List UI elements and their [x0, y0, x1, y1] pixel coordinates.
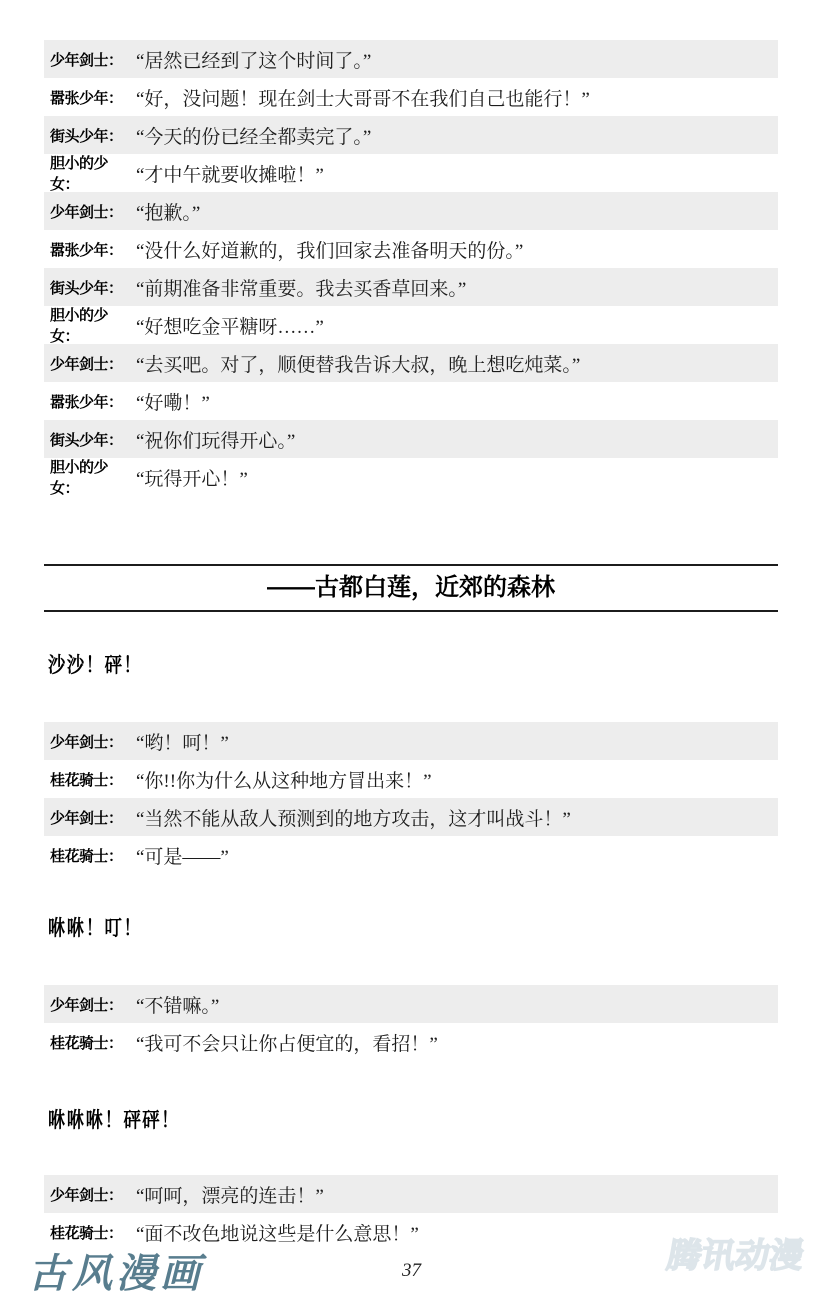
dialogue-text: “玩得开心！”: [136, 464, 248, 491]
speaker-label: 胆小的少女：: [50, 304, 136, 346]
speaker-label: 街头少年：: [50, 125, 136, 146]
dialogue-text: “哟！呵！”: [136, 728, 229, 755]
dialogue-text: “我可不会只让你占便宜的，看招！”: [136, 1029, 438, 1056]
speaker-label: 少年剑士：: [50, 731, 136, 752]
dialogue-text: “好，没问题！现在剑士大哥哥不在我们自己也能行！”: [136, 84, 590, 111]
dialogue-row: 胆小的少女： “玩得开心！”: [44, 458, 778, 496]
watermark-logo: 腾讯动漫: [664, 1228, 809, 1277]
speaker-label: 街头少年：: [50, 429, 136, 450]
dialogue-row: 少年剑士： “呵呵，漂亮的连击！”: [44, 1175, 778, 1213]
dialogue-text: “好嘞！”: [136, 388, 210, 415]
dialogue-row: 少年剑士： “居然已经到了这个时间了。”: [44, 40, 778, 78]
speaker-label: 少年剑士：: [50, 1184, 136, 1205]
speaker-label: 胆小的少女：: [50, 152, 136, 194]
dialogue-text: “好想吃金平糖呀……”: [136, 312, 324, 339]
dialogue-text: “居然已经到了这个时间了。”: [136, 46, 371, 73]
brand-logo-text: 古风漫画: [28, 1242, 204, 1291]
speaker-label: 桂花骑士：: [50, 769, 136, 790]
dialogue-text: “可是——”: [136, 842, 229, 869]
dialogue-row: 少年剑士： “抱歉。”: [44, 192, 778, 230]
dialogue-row: 桂花骑士： “我可不会只让你占便宜的，看招！”: [44, 1023, 778, 1061]
dialogue-text: “呵呵，漂亮的连击！”: [136, 1181, 324, 1208]
speaker-label: 少年剑士：: [50, 807, 136, 828]
dialogue-row: 街头少年： “祝你们玩得开心。”: [44, 420, 778, 458]
dialogue-row: 桂花骑士： “你!!你为什么从这种地方冒出来！”: [44, 760, 778, 798]
dialogue-row: 胆小的少女： “才中午就要收摊啦！”: [44, 154, 778, 192]
dialogue-row: 胆小的少女： “好想吃金平糖呀……”: [44, 306, 778, 344]
section-title: ——古都白莲，近郊的森林: [44, 566, 778, 610]
dialogue-row: 桂花骑士： “可是——”: [44, 836, 778, 874]
speaker-label: 嚣张少年：: [50, 87, 136, 108]
dialogue-text: “去买吧。对了，顺便替我告诉大叔，晚上想吃炖菜。”: [136, 350, 580, 377]
dialogue-text: “你!!你为什么从这种地方冒出来！”: [136, 766, 432, 793]
dialogue-row: 街头少年： “前期准备非常重要。我去买香草回来。”: [44, 268, 778, 306]
dialogue-row: 少年剑士： “哟！呵！”: [44, 722, 778, 760]
speaker-label: 少年剑士：: [50, 994, 136, 1015]
dialogue-text: “前期准备非常重要。我去买香草回来。”: [136, 274, 466, 301]
dialogue-row: 少年剑士： “不错嘛。”: [44, 985, 778, 1023]
speaker-label: 少年剑士：: [50, 201, 136, 222]
dialogue-group-2: 少年剑士： “哟！呵！” 桂花骑士： “你!!你为什么从这种地方冒出来！” 少年…: [44, 722, 778, 874]
dialogue-text: “抱歉。”: [136, 198, 200, 225]
dialogue-group-1: 少年剑士： “居然已经到了这个时间了。” 嚣张少年： “好，没问题！现在剑士大哥…: [44, 40, 778, 496]
sound-effect-2: 咻咻！叮！: [48, 912, 142, 942]
speaker-label: 少年剑士：: [50, 49, 136, 70]
dialogue-group-4: 少年剑士： “呵呵，漂亮的连击！” 桂花骑士： “面不改色地说这些是什么意思！”: [44, 1175, 778, 1251]
dialogue-row: 少年剑士： “去买吧。对了，顺便替我告诉大叔，晚上想吃炖菜。”: [44, 344, 778, 382]
page-number: 37: [402, 1260, 421, 1282]
speaker-label: 桂花骑士：: [50, 1032, 136, 1053]
dialogue-row: 嚣张少年： “没什么好道歉的，我们回家去准备明天的份。”: [44, 230, 778, 268]
section-header: ——古都白莲，近郊的森林: [44, 564, 778, 612]
dialogue-text: “今天的份已经全都卖完了。”: [136, 122, 371, 149]
dialogue-group-3: 少年剑士： “不错嘛。” 桂花骑士： “我可不会只让你占便宜的，看招！”: [44, 985, 778, 1061]
dialogue-text: “祝你们玩得开心。”: [136, 426, 295, 453]
dialogue-text: “不错嘛。”: [136, 991, 219, 1018]
dialogue-row: 嚣张少年： “好，没问题！现在剑士大哥哥不在我们自己也能行！”: [44, 78, 778, 116]
dialogue-text: “没什么好道歉的，我们回家去准备明天的份。”: [136, 236, 523, 263]
speaker-label: 桂花骑士：: [50, 1222, 136, 1243]
speaker-label: 桂花骑士：: [50, 845, 136, 866]
speaker-label: 嚣张少年：: [50, 391, 136, 412]
speaker-label: 胆小的少女：: [50, 456, 136, 498]
speaker-label: 少年剑士：: [50, 353, 136, 374]
sound-effect-1: 沙沙！砰！: [48, 649, 142, 679]
speaker-label: 嚣张少年：: [50, 239, 136, 260]
sound-effect-3: 咻咻咻！砰砰！: [48, 1104, 180, 1134]
dialogue-text: “才中午就要收摊啦！”: [136, 160, 324, 187]
dialogue-row: 少年剑士： “当然不能从敌人预测到的地方攻击，这才叫战斗！”: [44, 798, 778, 836]
dialogue-row: 嚣张少年： “好嘞！”: [44, 382, 778, 420]
dialogue-row: 街头少年： “今天的份已经全都卖完了。”: [44, 116, 778, 154]
speaker-label: 街头少年：: [50, 277, 136, 298]
dialogue-text: “当然不能从敌人预测到的地方攻击，这才叫战斗！”: [136, 804, 571, 831]
